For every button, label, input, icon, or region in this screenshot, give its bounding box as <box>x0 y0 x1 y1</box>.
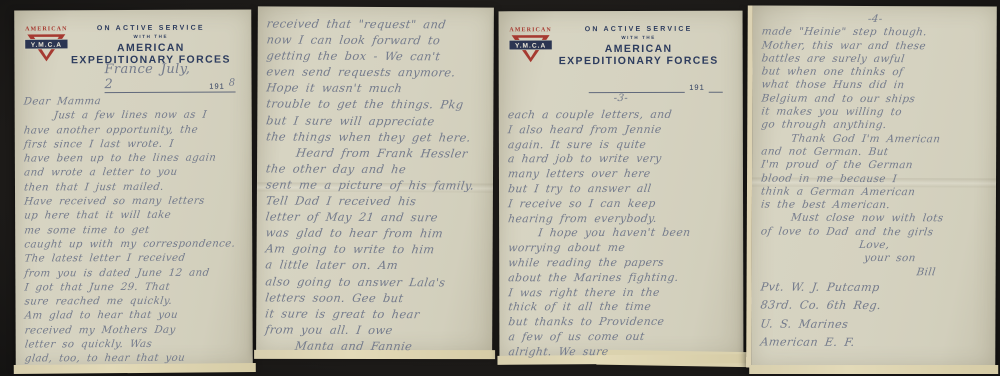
handwritten-line: Must close now with lots <box>760 212 989 226</box>
handwritten-line: hearing from everybody. <box>507 211 736 226</box>
handwritten-line: American E. F. <box>759 334 988 353</box>
handwritten-line: first since I last wrote. I <box>23 137 245 152</box>
handwritten-line: a hard job to write very <box>507 152 736 167</box>
handwritten-line: sure reached me quickly. <box>24 295 246 310</box>
handwritten-line: alright. We sure <box>508 344 737 359</box>
letterhead-text: ON ACTIVE SERVICE WITH THE AMERICAN EXPE… <box>553 23 729 67</box>
letter-page-1: AMERICAN Y.M.C.A ON ACTIVE SERVICE WITH … <box>14 9 253 367</box>
handwritten-date: France July, 2 <box>104 62 205 92</box>
letter-page-4: -4-made "Heinie" step though.Mother, thi… <box>746 5 997 368</box>
ymca-letterhead: AMERICAN Y.M.C.A ON ACTIVE SERVICE WITH … <box>499 11 743 70</box>
handwritten-line: was glad to hear from him <box>265 225 486 242</box>
handwritten-text-block: each a couple letters, andI also heard f… <box>499 106 744 360</box>
handwritten-line: then that I just mailed. <box>23 180 245 195</box>
handwritten-line: U. S. Marines <box>759 315 988 334</box>
handwritten-line: of love to Dad and the girls <box>760 225 989 239</box>
handwritten-line: also going to answer Lala's <box>264 273 485 290</box>
handwritten-line: Heard from Frank Hessler <box>265 144 486 161</box>
handwritten-line: up here that it will take <box>23 209 245 224</box>
handwritten-line: Hope it wasn't much <box>265 80 486 97</box>
letterhead-line-2: WITH THE <box>553 35 725 40</box>
handwritten-line: Thank God I'm American <box>760 132 989 146</box>
handwritten-line: I hope you haven't been <box>507 226 736 241</box>
dateline: France July, 2 1918 <box>104 72 235 94</box>
handwritten-line: letters soon. Gee but <box>264 289 485 306</box>
handwritten-line: letter so quickly. Was <box>24 338 246 353</box>
handwritten-line: battles are surely awful <box>761 52 990 66</box>
handwritten-text-block: received that "request" andnow I can loo… <box>256 6 494 354</box>
handwritten-line: your son <box>760 252 989 266</box>
ymca-letterhead: AMERICAN Y.M.C.A ON ACTIVE SERVICE WITH … <box>14 9 251 68</box>
handwritten-line: what those Huns did in <box>761 79 990 93</box>
handwritten-line: I'm proud of the German <box>760 159 989 173</box>
svg-text:Y.M.C.A: Y.M.C.A <box>31 42 62 49</box>
handwritten-year-suffix: 8 <box>229 78 236 89</box>
handwritten-line: a little later on. Am <box>265 257 486 274</box>
handwritten-line: trouble to get the things. Pkg <box>265 96 486 113</box>
handwritten-text-block: Dear MammaJust a few lines now as Ihave … <box>15 92 253 367</box>
ymca-logo: AMERICAN Y.M.C.A <box>24 26 68 68</box>
handwritten-line: but I sure will appreciate <box>265 112 486 129</box>
handwritten-line: glad, too, to hear that you <box>24 352 246 367</box>
handwritten-line: -4- <box>761 13 990 27</box>
handwritten-line: Mother, this war and these <box>761 39 990 53</box>
letterhead-text: ON ACTIVE SERVICE WITH THE AMERICAN EXPE… <box>68 22 237 67</box>
handwritten-line: the things when they get here. <box>265 128 486 145</box>
handwritten-line: I got that June 29. That <box>24 280 246 295</box>
blank-dateline: 191 <box>589 73 723 93</box>
letter-page-3: AMERICAN Y.M.C.A ON ACTIVE SERVICE WITH … <box>499 11 744 359</box>
printed-year: 191 <box>209 82 225 92</box>
handwritten-line: and not German. But <box>760 145 989 159</box>
letterhead-line-1: ON ACTIVE SERVICE <box>553 26 725 33</box>
handwritten-line: each a couple letters, and <box>507 108 736 123</box>
handwritten-line: I was right there in the <box>507 285 736 300</box>
dateline-rule <box>589 82 685 93</box>
handwritten-line: go through anything. <box>760 119 989 133</box>
handwritten-line: letter of May 21 and sure <box>265 209 486 226</box>
svg-text:Y.M.C.A: Y.M.C.A <box>515 43 546 50</box>
dateline-rule-short <box>709 82 723 93</box>
handwritten-line: Have received so many letters <box>23 195 245 210</box>
handwritten-line: many letters over here <box>507 167 736 182</box>
handwritten-line: I receive so I can keep <box>507 196 736 211</box>
handwritten-line: received my Mothers Day <box>24 323 246 338</box>
handwritten-line: about the Marines fighting. <box>507 270 736 285</box>
handwritten-line: Bill <box>760 265 989 279</box>
handwritten-line: Pvt. W. J. Putcamp <box>759 278 988 297</box>
handwritten-line: now I can look forward to <box>266 32 487 49</box>
handwritten-line: have another opportunity, the <box>23 123 245 138</box>
handwritten-line: the other day and he <box>265 160 486 177</box>
handwritten-line: me some time to get <box>23 223 245 238</box>
ymca-logo: AMERICAN Y.M.C.A <box>509 27 553 69</box>
printed-year: 191 <box>689 83 705 93</box>
handwritten-line: getting the box - We can't <box>266 48 487 65</box>
handwritten-line: while reading the papers <box>507 256 736 271</box>
handwritten-line: again. It sure is quite <box>507 137 736 152</box>
ymca-triangle-icon: Y.M.C.A <box>24 33 68 63</box>
handwritten-line: caught up with my correspondence. <box>23 237 245 252</box>
handwritten-line: but thanks to Providence <box>507 315 736 330</box>
handwritten-line: made "Heinie" step though. <box>761 26 990 40</box>
handwritten-line: 83rd. Co. 6th Reg. <box>759 297 988 316</box>
handwritten-line: The latest letter I received <box>23 252 245 267</box>
photo-background: AMERICAN Y.M.C.A ON ACTIVE SERVICE WITH … <box>0 0 1000 376</box>
ymca-triangle-icon: Y.M.C.A <box>509 34 553 64</box>
ymca-logo-american-label: AMERICAN <box>24 26 68 32</box>
handwritten-line: blood in me because I <box>760 172 989 186</box>
handwritten-line: Manta and Fannie <box>264 337 485 354</box>
handwritten-line: Just a few lines now as I <box>23 109 245 124</box>
handwritten-line: thick of it all the time <box>507 300 736 315</box>
handwritten-line: from you all. I owe <box>264 321 485 338</box>
letterhead-line-2: WITH THE <box>68 34 233 40</box>
ymca-logo-american-label: AMERICAN <box>509 27 553 33</box>
handwritten-line: and wrote a letter to you <box>23 166 245 181</box>
handwritten-line: think a German American <box>760 185 989 199</box>
handwritten-line: from you is dated June 12 and <box>24 266 246 281</box>
handwritten-line: a few of us come out <box>508 330 737 345</box>
letter-page-2: received that "request" andnow I can loo… <box>256 6 494 353</box>
handwritten-text-block: -4-made "Heinie" step though.Mother, thi… <box>751 5 997 353</box>
handwritten-line: Tell Dad I received his <box>265 192 486 209</box>
handwritten-line: received that "request" and <box>266 15 487 32</box>
handwritten-line: Dear Mamma <box>23 95 245 110</box>
handwritten-line: Am glad to hear that you <box>24 309 246 324</box>
letterhead-line-1: ON ACTIVE SERVICE <box>68 25 233 33</box>
handwritten-line: Am going to write to him <box>265 241 486 258</box>
letterhead-line-3: AMERICAN EXPEDITIONARY FORCES <box>553 43 725 67</box>
handwritten-line: even send requests anymore. <box>266 64 487 81</box>
handwritten-line: it sure is great to hear <box>264 305 485 322</box>
handwritten-line: I also heard from Jennie <box>507 122 736 137</box>
handwritten-line: worrying about me <box>507 241 736 256</box>
handwritten-line: but I try to answer all <box>507 182 736 197</box>
handwritten-line: Belgium and to our ships <box>761 92 990 106</box>
page-number: -3- <box>498 93 744 107</box>
handwritten-line: sent me a picture of his family. <box>265 176 486 193</box>
